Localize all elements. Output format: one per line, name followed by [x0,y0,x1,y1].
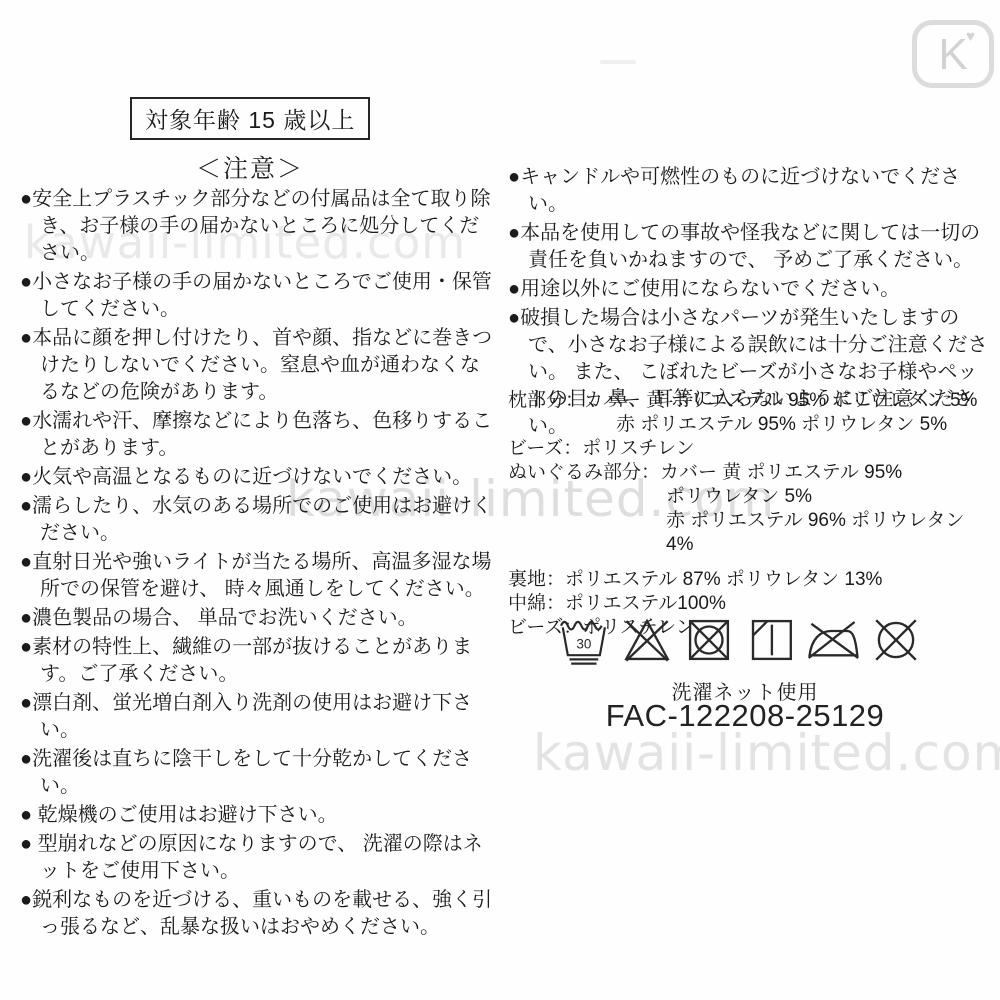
heart-icon: ♥ [966,28,975,45]
wash-30-very-gentle-icon: 30 [556,613,612,667]
caution-list-left: ●安全上プラスチック部分などの付属品は全て取り除き、お子様の手の届かないところに… [20,186,496,943]
caution-item: ● 型崩れなどの原因になりますので、 洗濯の際はネットをご使用下さい。 [20,831,496,885]
caution-item: ●素材の特性上、繊維の一部が抜けることがあります。ご了承ください。 [20,634,496,688]
material-line: ぬいぐるみ部分：カバー 黄 ポリエステル 95% [508,461,994,485]
caution-item: ●濡らしたり、水気のある場所でのご使用はお避けください。 [20,493,496,547]
caution-item: ●直射日光や強いライトが当たる場所、高温多湿な場所での保管を避け、 時々風通しを… [20,549,496,603]
caution-item: ●本品に顔を押し付けたり、首や顔、指などに巻きつけたりしないでください。窒息や血… [20,325,496,406]
caution-item: ●小さなお子様の手の届かないところでご使用・保管してください。 [20,269,496,323]
logo-letter: K [917,25,989,83]
material-line: 裏地：ポリエステル 87% ポリウレタン 13% [508,568,994,592]
caution-item: ●用途以外にご使用にならないでください。 [508,276,994,303]
material-line: 赤 ポリエステル 95% ポリウレタン 5% [508,413,994,437]
caution-item: ● 乾燥機のご使用はお避け下さい。 [20,802,496,829]
care-symbols-row: 30 [556,613,923,667]
no-iron-icon [806,613,862,667]
caution-item: ●鋭利なものを近づける、重いものを載せる、強く引っ張るなど、乱暴な扱いはおやめく… [20,887,496,941]
material-line: 枕部分：カバー 黄 ポリエステル 95% ポリウレタン 5% [508,389,994,413]
caution-item: ●水濡れや汗、摩擦などにより色落ち、色移りすることがあります。 [20,408,496,462]
caution-item: ●洗濯後は直ちに陰干しをして十分乾かしてください。 [20,746,496,800]
caution-item: ●安全上プラスチック部分などの付属品は全て取り除き、お子様の手の届かないところに… [20,186,496,267]
scan-smudge [600,60,636,64]
factory-code: FAC-122208-25129 [525,698,965,734]
caution-item: ●濃色製品の場合、 単品でお洗いください。 [20,605,496,632]
material-line: ビーズ：ポリスチレン [508,437,994,461]
material-line: 赤 ポリエステル 96% ポリウレタン 4% [508,509,994,557]
caution-heading: ＜注意＞ [20,149,480,185]
caution-item: ●キャンドルや可燃性のものに近づけないでください。 [508,164,994,218]
no-bleach-icon [620,613,674,667]
caution-item: ●漂白剤、蛍光増白剤入り洗剤の使用はお避け下さい。 [20,690,496,744]
no-tumble-dry-icon [682,613,736,667]
age-restriction-box: 対象年齢 15 歳以上 [130,97,370,140]
caution-item: ●火気や高温となるものに近づけないでください。 [20,464,496,491]
kawaii-limited-logo-icon: K ♥ [912,20,994,88]
no-dry-clean-icon [869,613,923,667]
caution-item: ●本品を使用しての事故や怪我などに関しては一切の責任を負いかねますので、 予めご… [508,220,994,274]
material-line: ポリウレタン 5% [508,485,994,509]
svg-text:30: 30 [576,636,591,651]
line-dry-in-shade-icon [744,613,798,667]
materials-list: 枕部分：カバー 黄 ポリエステル 95% ポリウレタン 5%赤 ポリエステル 9… [508,389,994,640]
